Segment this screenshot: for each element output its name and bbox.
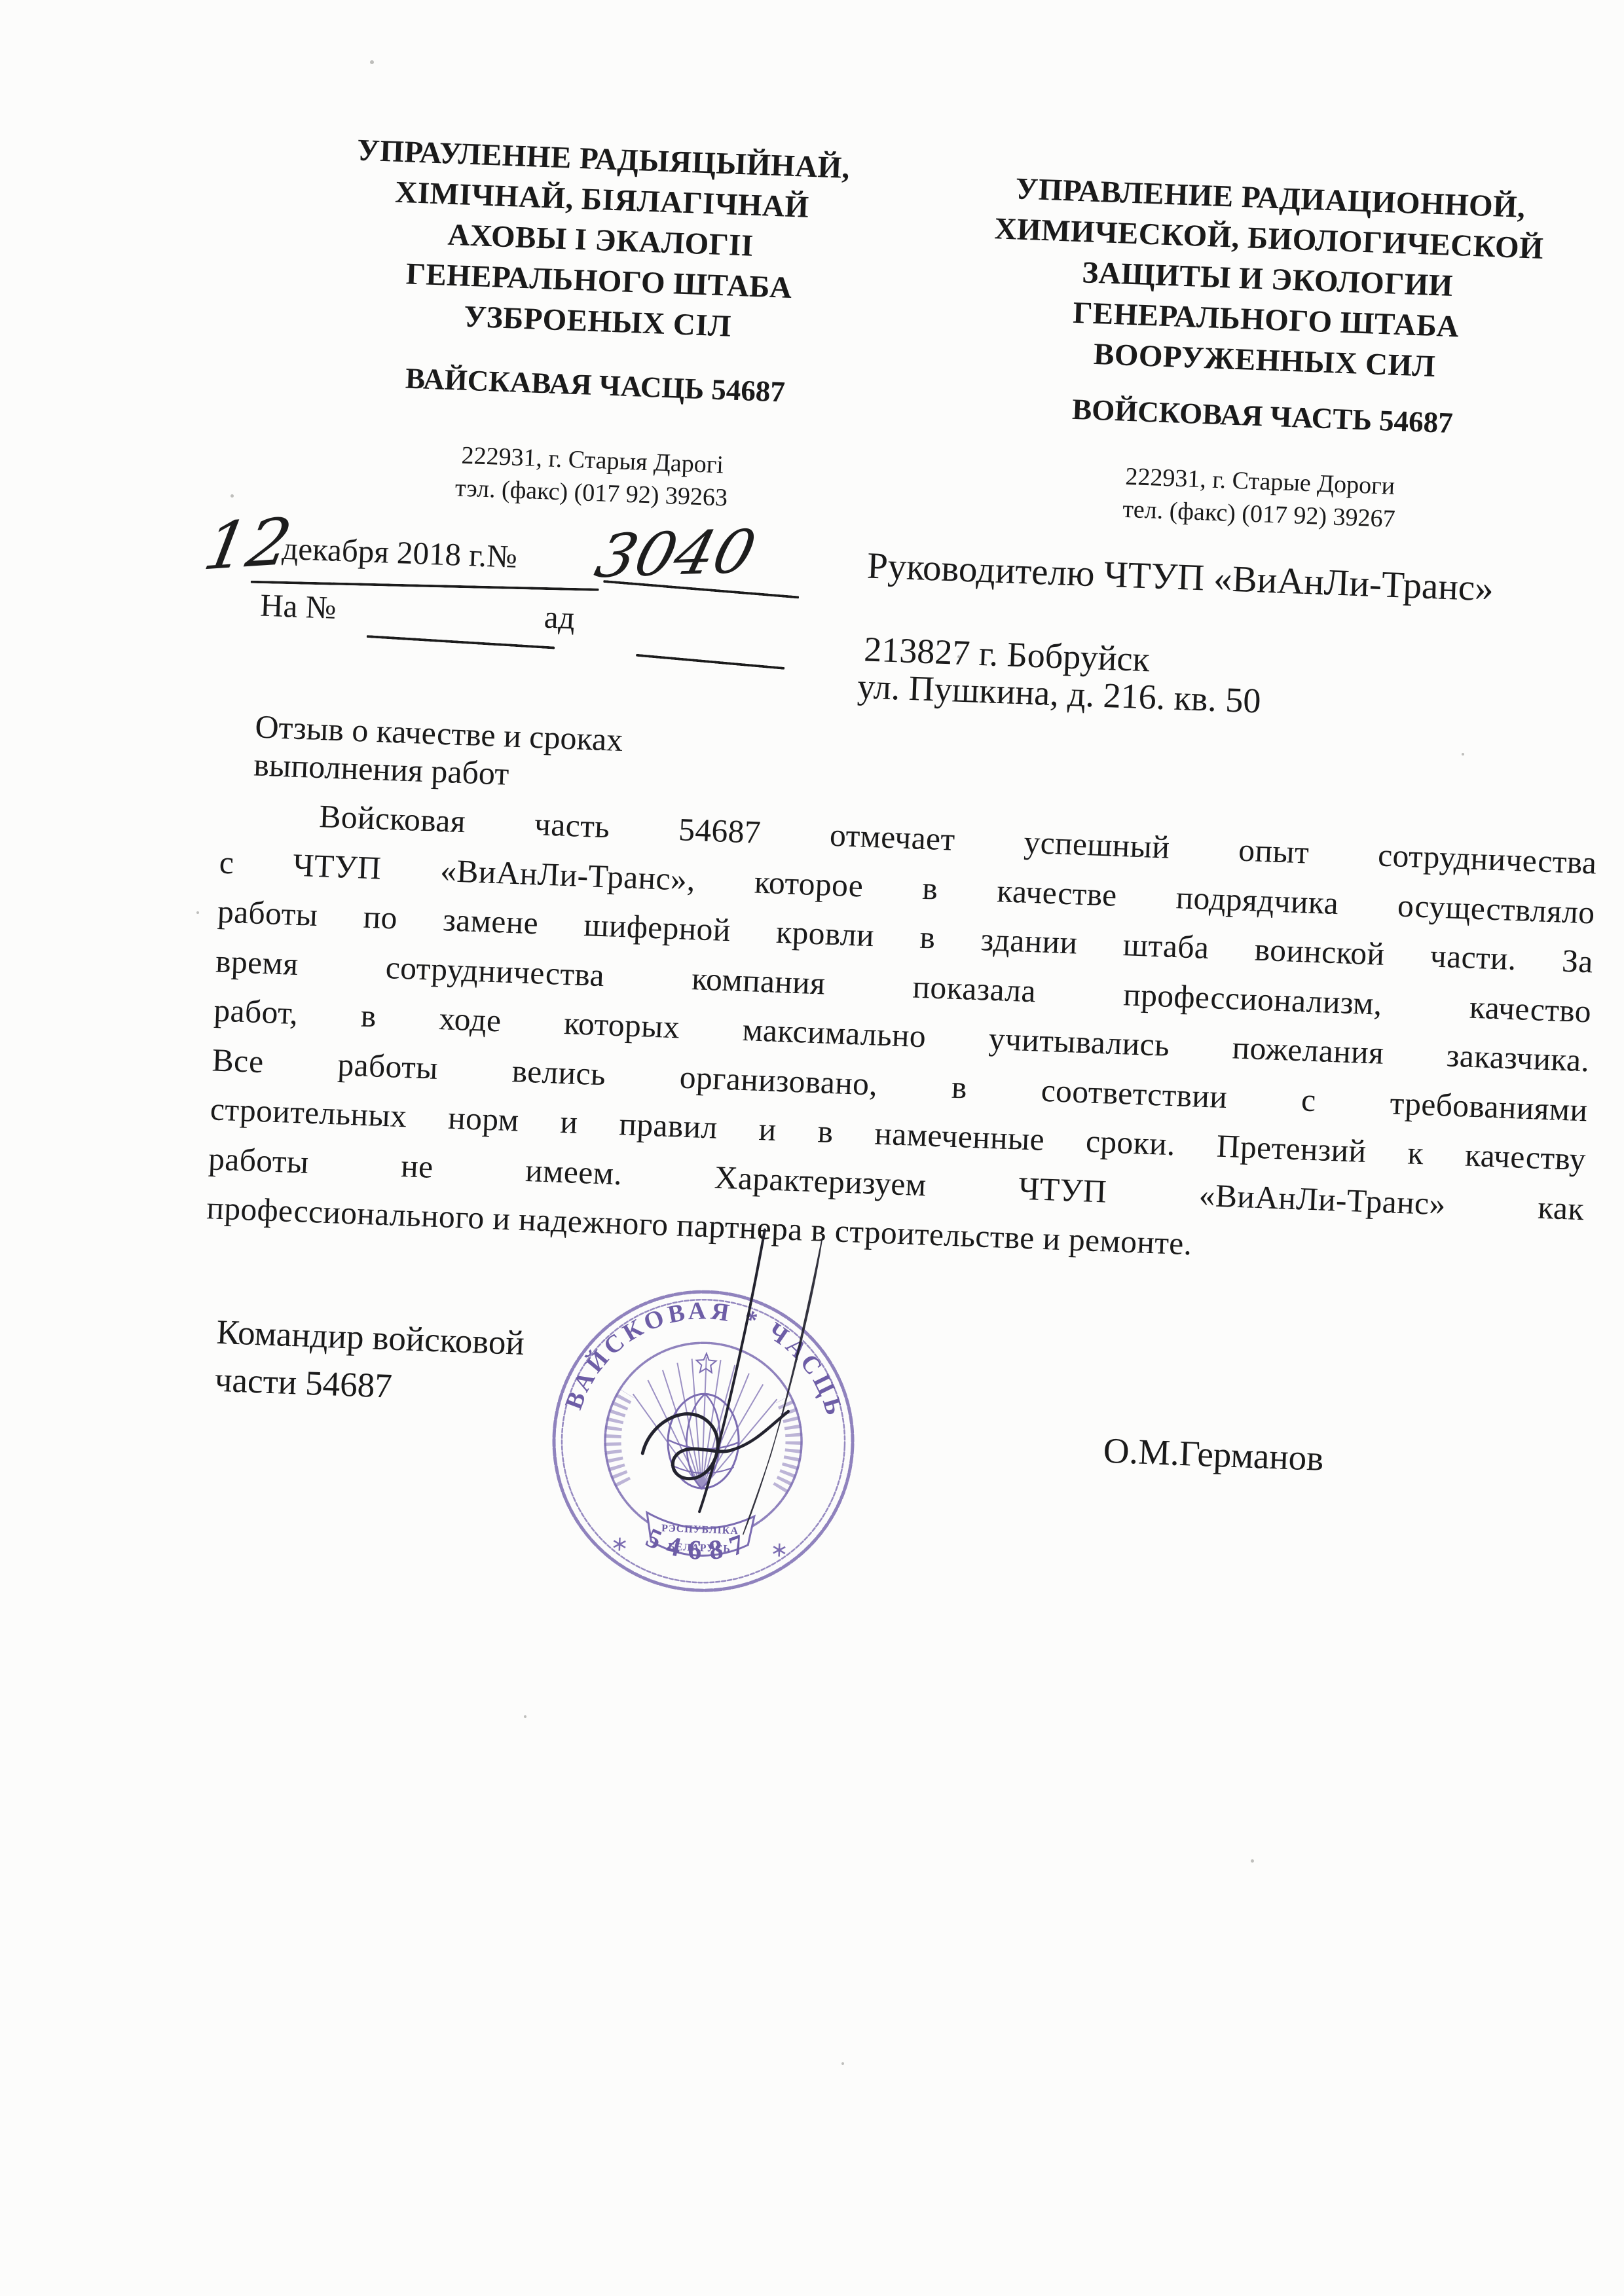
reply-number-blank — [367, 635, 555, 649]
scan-speck — [1251, 1859, 1254, 1863]
handwritten-outgoing-number: 3040 — [589, 517, 763, 591]
reply-to-number-label: На № — [259, 587, 337, 627]
military-unit-line: ВОЙСКОВАЯ ЧАСТЬ 54687 — [948, 386, 1577, 446]
body-paragraph: Войсковая часть 54687 отмечает успешный … — [206, 788, 1597, 1283]
scan-speck — [524, 1715, 526, 1718]
letter-content: УПРАУЛЕННЕ РАДЫЯЦЫЙНАЙ, ХІМІЧНАЙ, БІЯЛАГ… — [112, 92, 1624, 1728]
scan-speck — [196, 911, 199, 914]
reply-date-blank — [636, 654, 784, 670]
stamp-ring-text: ВАЙСКОВАЯ * ЧАСЦЬ — [559, 1292, 853, 1423]
recipient-block: Руководителю ЧТУП «ВиАнЛи-Транс» 213827 … — [883, 118, 1624, 145]
scanned-letter-page: УПРАУЛЕННЕ РАДЫЯЦЫЙНАЙ, ХІМІЧНАЙ, БІЯЛАГ… — [0, 0, 1624, 2296]
reference-block: 12 декабря 2018 г.№ 3040 На № ад — [149, 92, 890, 707]
scan-speck — [957, 655, 960, 658]
scan-speck — [370, 60, 374, 64]
sun-rays — [629, 1355, 778, 1492]
scan-speck — [1462, 753, 1464, 756]
date-number-label: декабря 2018 г.№ — [282, 530, 518, 575]
letterhead-russian: УПРАВЛЕНИЕ РАДИАЦИОННОЙ, ХИМИЧЕСКОЙ, БИО… — [944, 166, 1585, 542]
military-unit-stamp: ВАЙСКОВАЯ * ЧАСЦЬ 54687 РЭСПУБЛІКА БЕЛАР… — [540, 1220, 868, 1611]
scan-speck — [841, 2062, 844, 2065]
recipient-title: Руководителю ЧТУП «ВиАнЛи-Транс» — [866, 545, 1494, 610]
scan-speck — [231, 494, 234, 498]
stamp-banner-line2: БЕЛАРУСЬ — [668, 1541, 731, 1554]
svg-text:ВАЙСКОВАЯ * ЧАСЦЬ: ВАЙСКОВАЯ * ЧАСЦЬ — [559, 1292, 853, 1423]
subject-block: Отзыв о качестве и сроках выполнения раб… — [253, 707, 623, 797]
reply-from-label: ад — [544, 598, 576, 636]
signer-name: О.М.Германов — [1103, 1430, 1379, 1481]
signoff-block: Командир войсковой части 54687 — [214, 1309, 526, 1415]
recipient-street: ул. Пушкина, д. 216. кв. 50 — [857, 666, 1261, 721]
